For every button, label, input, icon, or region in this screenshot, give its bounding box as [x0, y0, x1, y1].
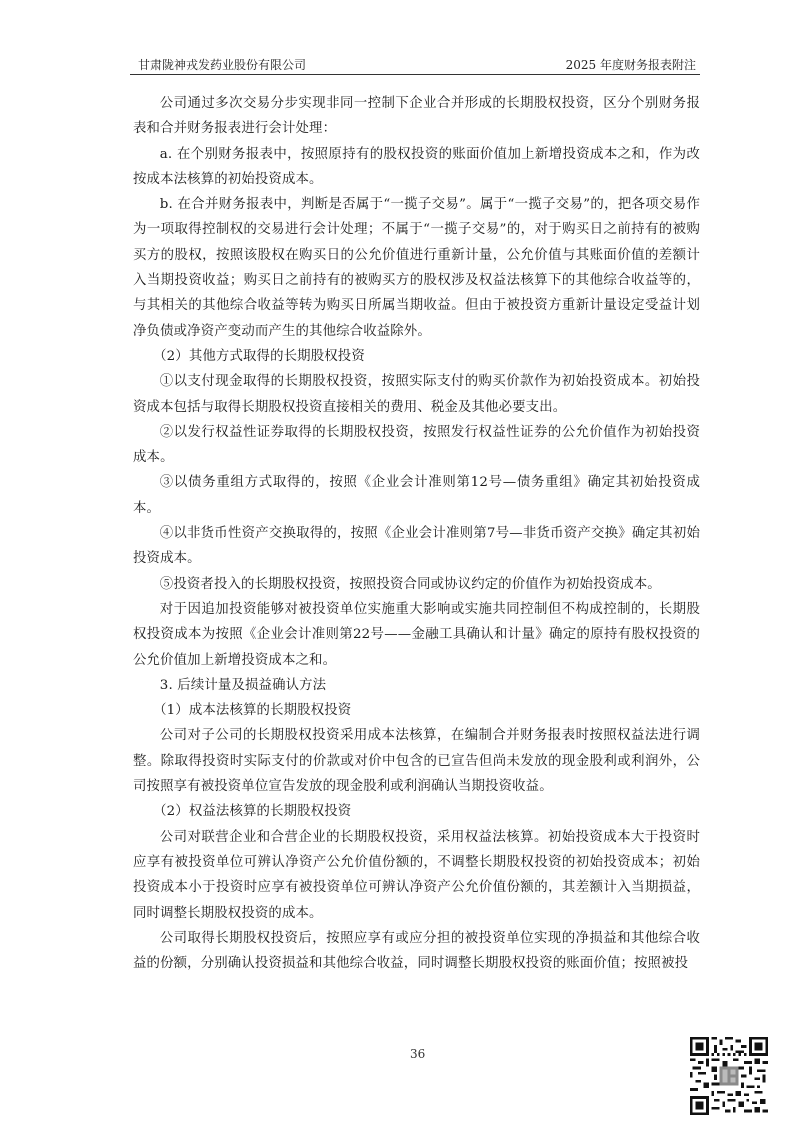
paragraph: ②以发行权益性证券取得的长期股权投资，按照发行权益性证券的公允价值作为初始投资成… [133, 420, 700, 471]
paragraph: a. 在个别财务报表中，按照原持有的股权投资的账面价值加上新增投资成本之和，作为… [133, 142, 700, 193]
paragraph: ③以债务重组方式取得的，按照《企业会计准则第12号—债务重组》确定其初始投资成本… [133, 470, 700, 521]
section-heading: 3. 后续计量及损益确认方法 [133, 673, 700, 698]
paragraph: 公司通过多次交易分步实现非同一控制下企业合并形成的长期股权投资，区分个别财务报表… [133, 91, 700, 142]
paragraph: ⑤投资者投入的长期股权投资，按照投资合同或协议约定的价值作为初始投资成本。 [133, 572, 700, 597]
qr-code-icon [690, 1037, 768, 1115]
section-heading: （1）成本法核算的长期股权投资 [133, 698, 700, 723]
paragraph: ④以非货币性资产交换取得的，按照《企业会计准则第7号—非货币资产交换》确定其初始… [133, 521, 700, 572]
header-report-title: 2025 年度财务报表附注 [566, 56, 696, 73]
section-heading: （2）其他方式取得的长期股权投资 [133, 344, 700, 369]
paragraph: 公司取得长期股权投资后，按照应享有或应分担的被投资单位实现的净损益和其他综合收益… [133, 926, 700, 977]
header-company-name: 甘肃陇神戎发药业股份有限公司 [138, 56, 306, 73]
section-heading: （2）权益法核算的长期股权投资 [133, 799, 700, 824]
page-header: 甘肃陇神戎发药业股份有限公司 2025 年度财务报表附注 [130, 54, 700, 75]
paragraph: 公司对子公司的长期股权投资采用成本法核算，在编制合并财务报表时按照权益法进行调整… [133, 723, 700, 799]
paragraph: 公司对联营企业和合营企业的长期股权投资，采用权益法核算。初始投资成本大于投资时应… [133, 825, 700, 926]
page-number: 36 [410, 1047, 425, 1061]
paragraph: 对于因追加投资能够对被投资单位实施重大影响或实施共同控制但不构成控制的，长期股权… [133, 597, 700, 673]
document-body: 公司通过多次交易分步实现非同一控制下企业合并形成的长期股权投资，区分个别财务报表… [133, 91, 700, 976]
paragraph: ①以支付现金取得的长期股权投资，按照实际支付的购买价款作为初始投资成本。初始投资… [133, 369, 700, 420]
paragraph: b. 在合并财务报表中，判断是否属于“一揽子交易”。属于“一揽子交易”的，把各项… [133, 192, 700, 344]
